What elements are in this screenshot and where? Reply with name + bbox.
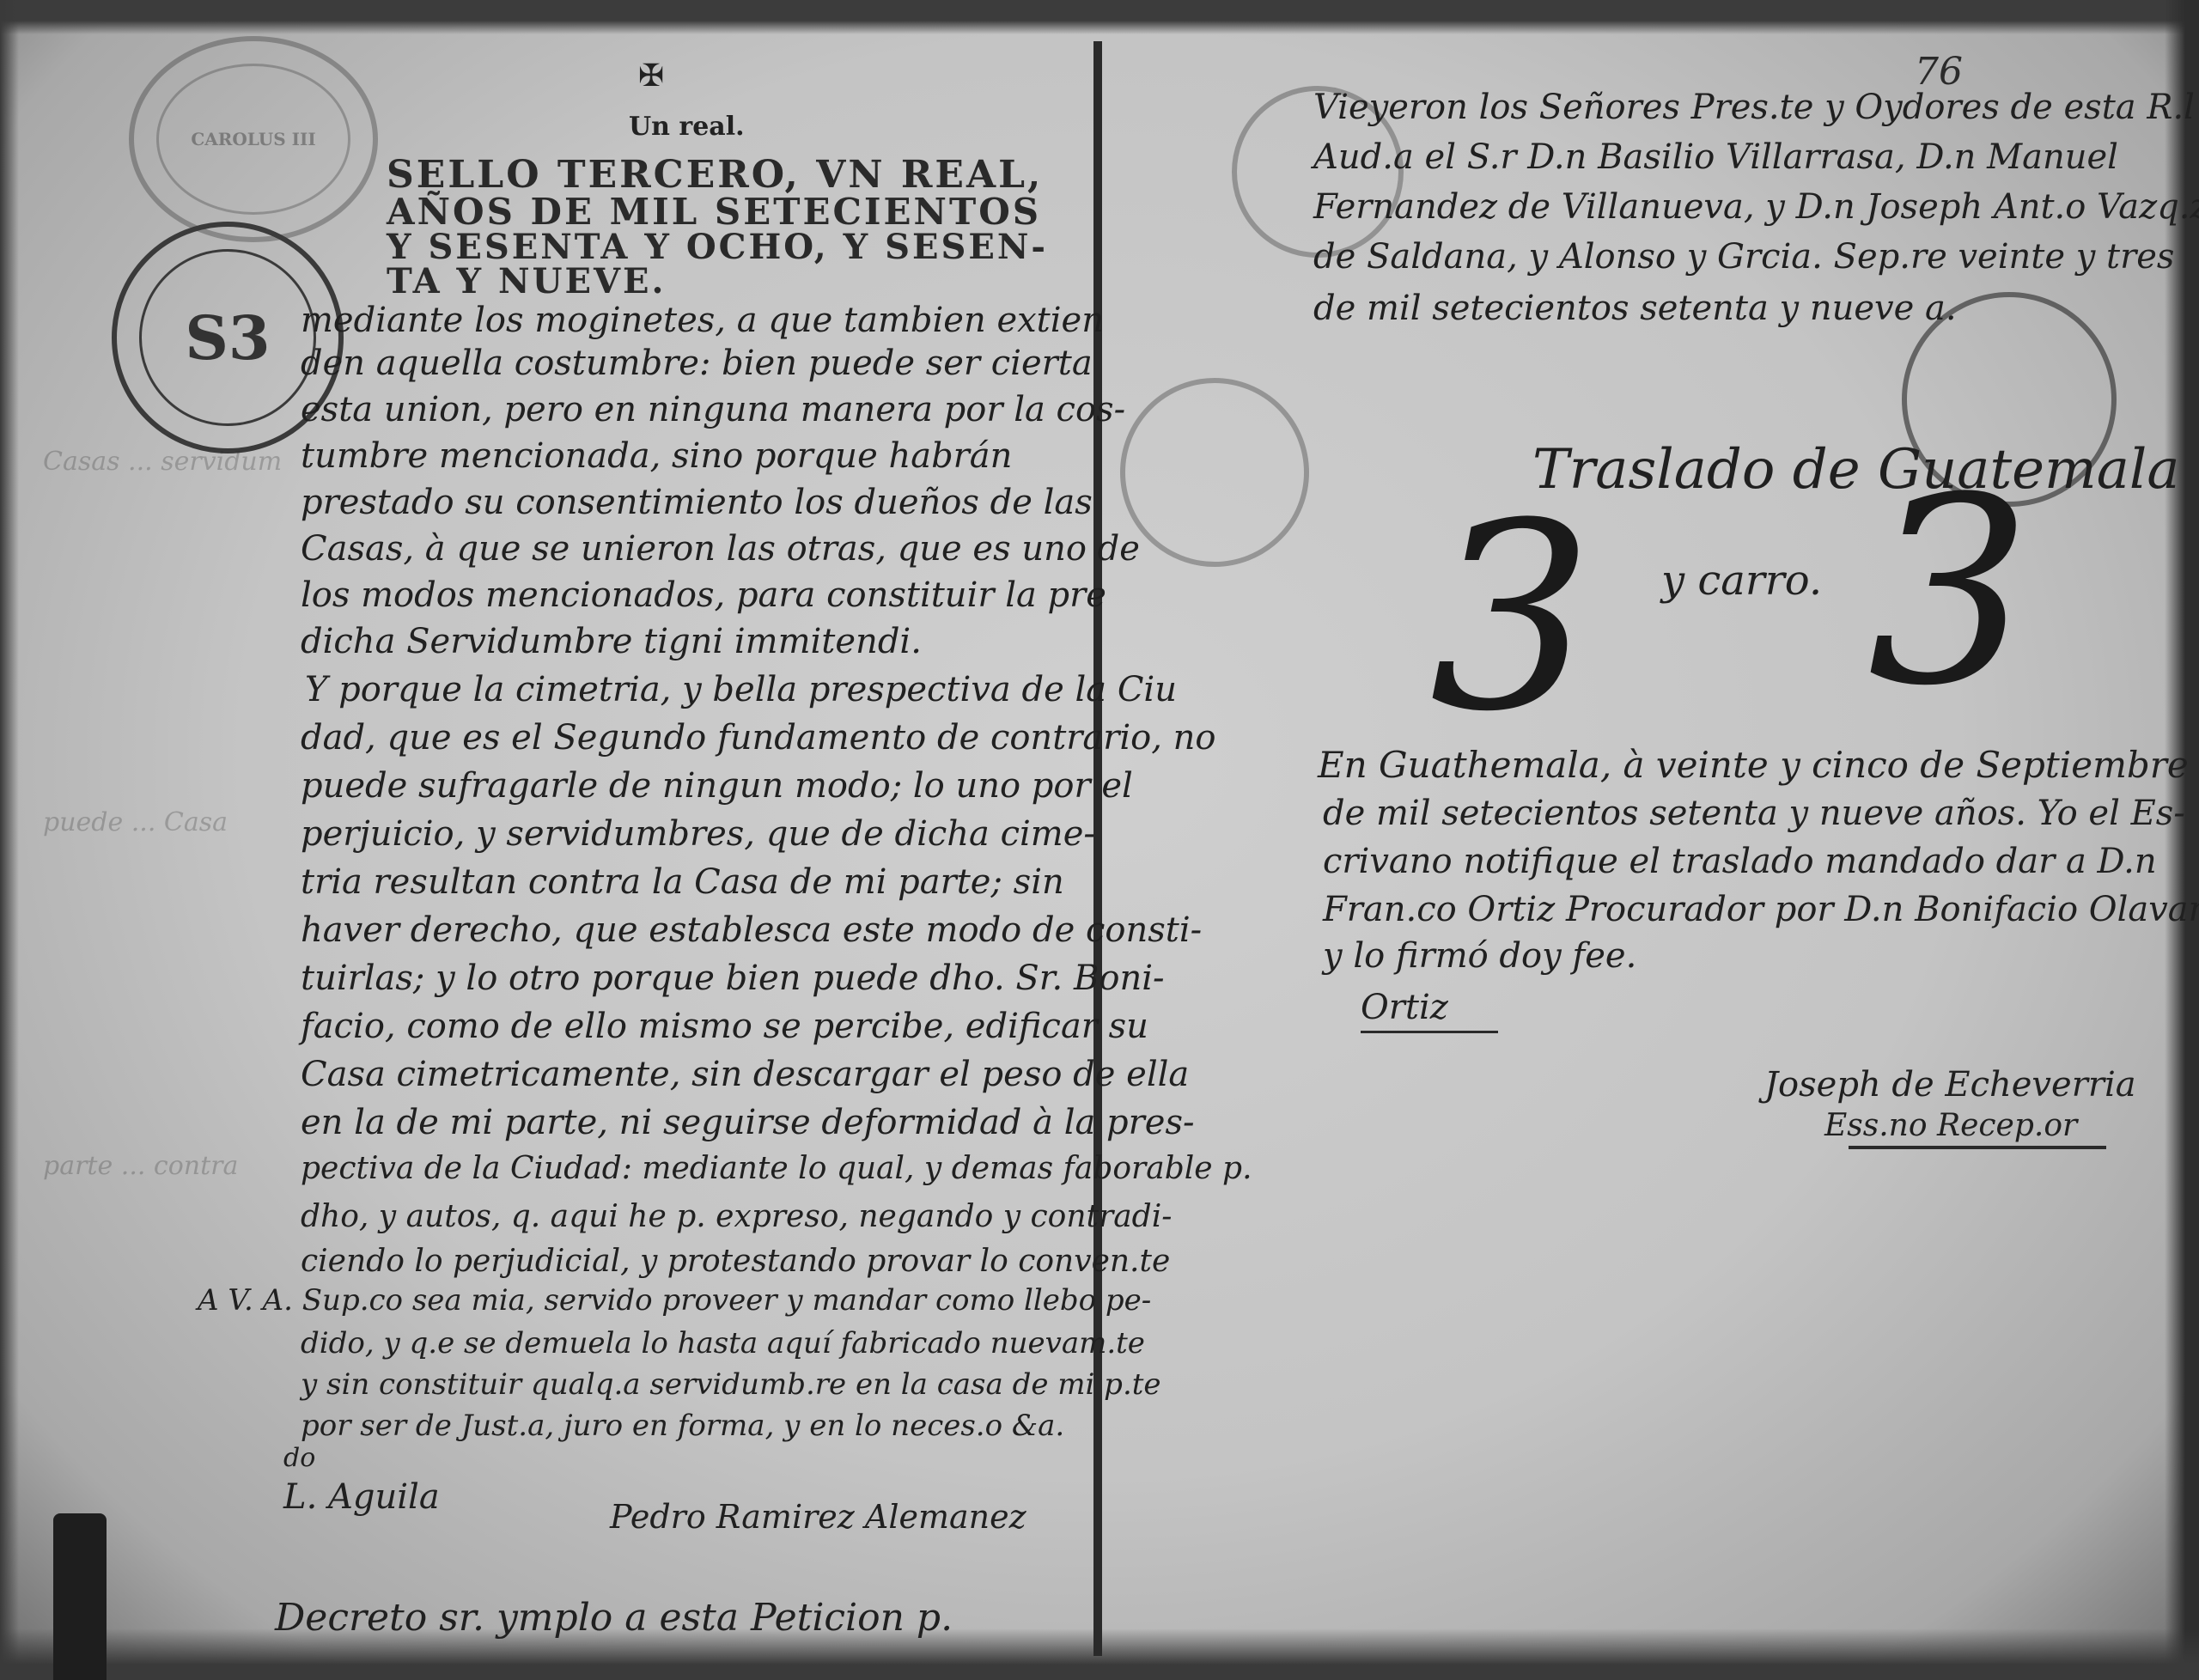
signature-pedro: Pedro Ramirez Alemanez (610, 1498, 1026, 1536)
right-page: 76 Vieyeron los Señores Pres.te y Oydore… (1103, 34, 2168, 1649)
body-line: ciendo lo perjudicial, y protestando pro… (301, 1244, 1170, 1279)
body-line: en la de mi parte, ni seguirse deformida… (301, 1103, 1195, 1142)
body-line: por ser de Just.a, juro en forma, y en l… (301, 1409, 1064, 1443)
notice-line: En Guathemala, à veinte y cinco de Septi… (1318, 744, 2199, 786)
body-line: den aquella costumbre: bien puede ser ci… (301, 344, 1093, 383)
notary-signature-name: Joseph de Echeverria (1764, 1065, 2136, 1105)
notary-signature-underline (1849, 1146, 2106, 1149)
upper-seal: CAROLUS III (129, 36, 378, 242)
cross-icon: ✠ (638, 58, 664, 94)
body-line: esta union, pero en ninguna manera por l… (301, 390, 1125, 429)
header-line: Vieyeron los Señores Pres.te y Oydores d… (1313, 88, 2195, 127)
body-line: perjuicio, y servidumbres, que de dicha … (301, 814, 1095, 854)
numeral-three-left: 3 (1429, 490, 1593, 747)
header-line: de Saldana, y Alonso y Grcia. Sep.re vei… (1313, 237, 2174, 277)
body-line: y sin constituir qualq.a servidumb.re en… (301, 1367, 1161, 1402)
bleed-through-margin: Casas ... servidum (43, 447, 282, 477)
short-signature-flourish (1361, 1031, 1498, 1033)
bleed-through-margin: parte ... contra (43, 1151, 238, 1181)
numeral-connector: y carro. (1661, 557, 1822, 605)
body-line: Casa cimetricamente, sin descargar el pe… (301, 1055, 1189, 1094)
body-line: mediante los moginetes, a que tambien ex… (301, 301, 1104, 340)
body-line: tuirlas; y lo otro porque bien puede dho… (301, 959, 1165, 998)
top-shadow (0, 0, 2199, 34)
body-line: dad, que es el Segundo fundamento de con… (301, 718, 1216, 758)
stamp-line-4: TA Y NUEVE. (387, 261, 666, 301)
body-line: los modos mencionados, para constituir l… (301, 575, 1106, 615)
seal-text: CAROLUS III (191, 129, 315, 149)
notice-line: crivano notifique el traslado mandado da… (1323, 842, 2157, 881)
body-line: Casas, à que se unieron las otras, que e… (301, 529, 1140, 569)
header-line: Aud.a el S.r D.n Basilio Villarrasa, D.n… (1313, 137, 2118, 177)
manuscript-spread: CAROLUS III S3 ✠ Un real. SELLO TERCERO,… (0, 0, 2199, 1680)
faint-seal-mid (1120, 378, 1309, 567)
seal-glyph-s3: S3 (185, 302, 270, 374)
body-line: tumbre mencionada, sino porque habrán (301, 436, 1012, 476)
body-line: tria resultan contra la Casa de mi parte… (301, 862, 1064, 902)
title-line: Traslado de Guatemala (1532, 438, 2180, 502)
signature-aguila: L. Aguila (283, 1477, 440, 1517)
body-line: haver derecho, que establesca este modo … (301, 910, 1202, 950)
numeral-three-right: 3 (1867, 464, 2031, 721)
body-line: prestado su consentimiento los dueños de… (301, 483, 1093, 522)
notice-line: y lo firmó doy fee. (1323, 936, 1636, 976)
short-signature: Ortiz (1361, 988, 1448, 1027)
decree-note: Decreto sr. ymplo a esta Peticion p. (275, 1596, 953, 1640)
body-line: dho, y autos, q. aqui he p. expreso, neg… (301, 1199, 1172, 1234)
header-line: Fernandez de Villanueva, y D.n Joseph An… (1313, 187, 2199, 227)
notice-line: de mil setecientos setenta y nueve años.… (1323, 794, 2185, 833)
body-line: Y porque la cimetria, y bella prespectiv… (305, 670, 1177, 709)
notary-signature-title: Ess.no Recep.or (1824, 1108, 2077, 1143)
left-shadow (0, 0, 19, 1680)
header-line: de mil setecientos setenta y nueve a. (1313, 289, 1957, 328)
body-line: dido, y q.e se demuela lo hasta aquí fab… (301, 1326, 1145, 1360)
notice-line: Fran.co Ortiz Procurador por D.n Bonifac… (1323, 890, 2199, 929)
stamp-denomination: Un real. (629, 112, 745, 142)
bleed-through-margin: puede ... Casa (43, 807, 228, 837)
body-line: A V. A. Sup.co sea mia, servido proveer … (198, 1283, 1151, 1318)
body-line: facio, como de ello mismo se percibe, ed… (301, 1007, 1148, 1046)
body-line: puede sufragarle de ningun modo; lo uno … (301, 766, 1133, 806)
left-page: CAROLUS III S3 ✠ Un real. SELLO TERCERO,… (17, 34, 1093, 1649)
body-line: do (283, 1443, 315, 1473)
body-line: dicha Servidumbre tigni immitendi. (301, 622, 922, 661)
